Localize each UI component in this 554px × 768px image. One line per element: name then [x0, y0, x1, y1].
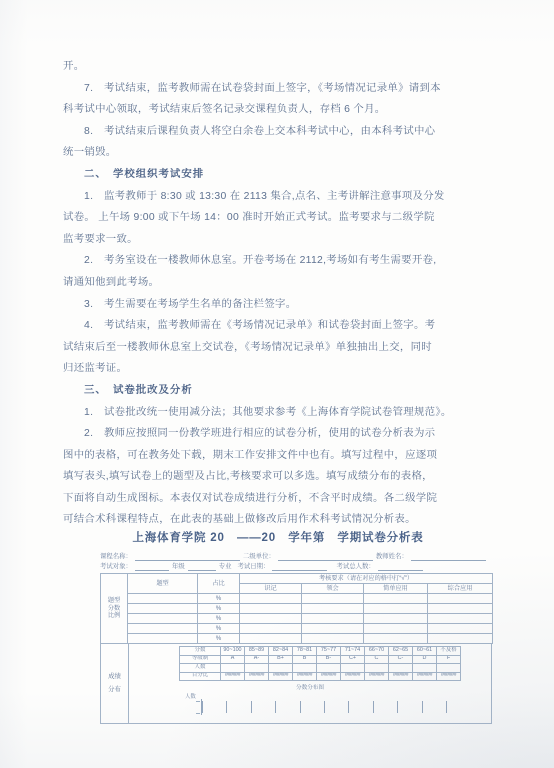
document-line: 试卷。 上午场 9:00 或下午场 14：00 准时开始正式考试。监考要求与二级… [63, 207, 495, 229]
score-distribution-table: 分数90~10085~8982~8478~8175~7771~7466~7062… [179, 646, 461, 681]
ratio-cell: % [198, 634, 240, 644]
empty-cell [428, 614, 493, 624]
score-cell: 82~84 [269, 647, 293, 656]
score-cell: D [413, 655, 437, 664]
question-type-table: 题型 分数 比例 题型 占比 考核要求（请在对应的格中打“√”） 识记 领会 简… [100, 573, 493, 644]
empty-cell [428, 634, 493, 644]
chart-title: 分数分布图 [129, 684, 491, 692]
score-cell: ###### [437, 672, 461, 681]
chart-tick [226, 701, 227, 713]
document-line: 2. 考务室设在一楼教师休息室。开卷考场在 2112,考场如有考生需要开卷, [63, 250, 495, 272]
score-cell: ###### [293, 672, 317, 681]
ratio-cell: % [198, 614, 240, 624]
score-cell: 78~81 [293, 647, 317, 656]
score-cell: C+ [341, 655, 365, 664]
score-cell: C- [389, 655, 413, 664]
score-cell: B [293, 655, 317, 664]
ratio-cell: % [198, 604, 240, 614]
empty-cell [364, 624, 428, 634]
score-cell: ###### [245, 672, 269, 681]
question-type-row: % [101, 594, 493, 604]
empty-cell [302, 594, 364, 604]
form-blank-major [188, 563, 216, 571]
score-cell: C [365, 655, 389, 664]
score-cell: 66~70 [365, 647, 389, 656]
score-cell: 62~65 [389, 647, 413, 656]
exam-analysis-sheet: 上海体育学院 20 ——20 学年第 学期试卷分析表 课程名称： 二级单位： 教… [60, 531, 496, 724]
document-line: 7. 考试结束，监考教师需在试卷袋封面上签字，《考场情况记录单》请到本 [63, 78, 495, 100]
section-heading: 二、 学校组织考试安排 [63, 164, 495, 186]
score-cell: B+ [269, 655, 293, 664]
document-line: 1. 试卷批改统一使用减分法；其他要求参考《上海体育学院试卷管理规范》。 [63, 402, 495, 424]
document-line: 试结束后至一楼教师休息室上交试卷，《考场情况记录单》单独抽出上交，同时 [63, 337, 495, 359]
score-cell: B- [317, 655, 341, 664]
empty-cell [240, 604, 302, 614]
table-header-row-1: 题型 分数 比例 题型 占比 考核要求（请在对应的格中打“√”） [101, 574, 493, 584]
score-cell [293, 664, 317, 673]
score-cell [389, 664, 413, 673]
document-line: 科考试中心领取，考试结束后签名记录交课程负责人，存档 6 个月。 [63, 99, 495, 121]
score-distribution-chart: 分数分布图 人数 [129, 684, 491, 718]
question-type-row: % [101, 624, 493, 634]
document-line: 8. 考试结束后课程负责人将空白余卷上交本科考试中心，由本科考试中心 [63, 121, 495, 143]
form-blank-teacher [411, 553, 486, 561]
chart-tick [202, 701, 203, 713]
score-cell: ###### [341, 672, 365, 681]
col-header-ratio: 占比 [198, 574, 240, 594]
score-cell: ###### [221, 672, 245, 681]
form-blank-course [135, 553, 240, 561]
score-row-label: 等级制 [180, 655, 221, 664]
form-field-label-course: 课程名称： [100, 552, 132, 561]
score-cell: 不及格 [437, 647, 461, 656]
score-cell: ###### [269, 672, 293, 681]
score-cell [365, 664, 389, 673]
score-range-row: 分数90~10085~8982~8478~8175~7771~7466~7062… [180, 647, 461, 656]
document-line: 可结合术科课程特点，在此表的基础上做修改后用作术科考试情况分析表。 [63, 509, 495, 531]
score-cell [341, 664, 365, 673]
empty-cell [240, 614, 302, 624]
sheet-form: 课程名称： 二级单位： 教师姓名： 考试对象： 年级 专业 考试日期： 考试总人… [100, 551, 492, 571]
document-line: 归还监考证。 [63, 358, 495, 380]
empty-cell [240, 594, 302, 604]
col-header-question-type: 题型 [128, 574, 198, 594]
score-cell [437, 664, 461, 673]
empty-cell [240, 624, 302, 634]
sheet-title: 上海体育学院 20 ——20 学年第 学期试卷分析表 [60, 531, 496, 545]
col-header-simple-application: 简单应用 [364, 584, 428, 594]
chart-tick [275, 701, 276, 713]
score-cell [221, 664, 245, 673]
chart-tick [373, 701, 374, 713]
col-header-memorize: 识记 [240, 584, 302, 594]
document-line: 填写表头,填写试卷上的题型及占比,考核要求可以多选。填写成绩分布的表格， [63, 466, 495, 488]
score-cell: A [221, 655, 245, 664]
section-heading: 三、 试卷批改及分析 [63, 380, 495, 402]
score-cell: 71~74 [341, 647, 365, 656]
form-row-2: 考试对象： 年级 专业 考试日期： 考试总人数： [100, 561, 492, 571]
chart-y-axis-mark [196, 701, 200, 702]
empty-cell [240, 634, 302, 644]
empty-cell [428, 624, 493, 634]
question-type-row: % [101, 634, 493, 644]
empty-cell [128, 624, 198, 634]
chart-plot-area: 人数 [179, 692, 451, 718]
score-cell: 60~61 [413, 647, 437, 656]
table-corner-label: 题型 分数 比例 [101, 574, 128, 644]
chart-tick [446, 701, 447, 713]
form-row-1: 课程名称： 二级单位： 教师姓名： [100, 551, 492, 561]
document-line: 监考要求一致。 [63, 229, 495, 251]
grade-section-label: 成绩 分布 [101, 644, 129, 723]
chart-y-axis-mark [196, 713, 200, 714]
score-cell: ###### [413, 672, 437, 681]
score-cell [245, 664, 269, 673]
chart-tick [324, 701, 325, 713]
empty-cell [128, 634, 198, 644]
chart-tick [422, 701, 423, 713]
empty-cell [302, 624, 364, 634]
empty-cell [364, 614, 428, 624]
empty-cell [428, 604, 493, 614]
document-line: 4. 考试结束，监考教师需在《考场情况记录单》和试卷袋封面上签字。考 [63, 315, 495, 337]
document-line: 1. 监考教师于 8:30 或 13:30 在 2113 集合,点名、主考讲解注… [63, 186, 495, 208]
document-line: 3. 考生需要在考场学生名单的备注栏签字。 [63, 294, 495, 316]
empty-cell [128, 594, 198, 604]
grade-letter-row: 等级制AA-B+BB-C+CC-DF [180, 655, 461, 664]
form-blank-grade-year [135, 563, 169, 571]
document-line: 统一销毁。 [63, 142, 495, 164]
document-body: 开。7. 考试结束，监考教师需在试卷袋封面上签字，《考场情况记录单》请到本科考试… [63, 56, 495, 531]
form-field-label-year: 年级 [172, 562, 185, 571]
empty-cell [128, 604, 198, 614]
form-blank-total [378, 563, 423, 571]
form-blank-unit [278, 553, 373, 561]
chart-axis [202, 701, 447, 714]
document-line: 下面将自动生成图标。本表仅对试卷成绩进行分析，不含平时成绩。各二级学院 [63, 488, 495, 510]
count-row: 人数 [180, 664, 461, 673]
grade-distribution-section: 成绩 分布 分数90~10085~8982~8478~8175~7771~746… [100, 644, 492, 724]
grade-section-body: 分数90~10085~8982~8478~8175~7771~7466~7062… [129, 644, 491, 723]
empty-cell [128, 614, 198, 624]
score-cell: 90~100 [221, 647, 245, 656]
score-cell [317, 664, 341, 673]
document-line: 2. 教师应按照同一份教学班进行相应的试卷分析，使用的试卷分析表为示 [63, 423, 495, 445]
empty-cell [302, 604, 364, 614]
score-row-label: 分数 [180, 647, 221, 656]
question-type-row: % [101, 614, 493, 624]
question-type-row: % [101, 604, 493, 614]
score-cell: ###### [389, 672, 413, 681]
score-cell: 85~89 [245, 647, 269, 656]
form-field-label-examinee: 考试对象： [100, 562, 132, 571]
score-row-label: 人数 [180, 664, 221, 673]
chart-y-axis-label: 人数 [185, 692, 196, 700]
score-cell: A- [245, 655, 269, 664]
document-line: 图中的表格，可在教务处下载，期末工作安排文件中也有。填写过程中，应逐项 [63, 445, 495, 467]
form-field-label-unit: 二级单位： [243, 552, 275, 561]
empty-cell [428, 594, 493, 604]
col-header-requirements: 考核要求（请在对应的格中打“√”） [240, 574, 493, 584]
document-line: 开。 [63, 56, 495, 78]
ratio-cell: % [198, 624, 240, 634]
chart-tick [300, 701, 301, 713]
form-field-label-date: 考试日期： [238, 562, 270, 571]
score-cell [269, 664, 293, 673]
empty-cell [364, 634, 428, 644]
form-field-label-teacher: 教师姓名： [376, 552, 408, 561]
form-field-label-total: 考试总人数： [336, 562, 374, 571]
document-line: 请通知他到此考场。 [63, 272, 495, 294]
form-field-label-major: 专业 [219, 562, 232, 571]
score-cell [413, 664, 437, 673]
empty-cell [364, 604, 428, 614]
chart-tick [397, 701, 398, 713]
empty-cell [364, 594, 428, 604]
percentage-row: 百分比#####################################… [180, 672, 461, 681]
chart-tick [348, 701, 349, 713]
score-cell: ###### [317, 672, 341, 681]
form-blank-date [272, 563, 327, 571]
score-cell: 75~77 [317, 647, 341, 656]
score-row-label: 百分比 [180, 672, 221, 681]
col-header-comprehend: 领会 [302, 584, 364, 594]
chart-tick [251, 701, 252, 713]
score-cell: F [437, 655, 461, 664]
score-cell: ###### [365, 672, 389, 681]
col-header-comprehensive-application: 综合应用 [428, 584, 493, 594]
scanned-document-page: 开。7. 考试结束，监考教师需在试卷袋封面上签字，《考场情况记录单》请到本科考试… [0, 0, 554, 768]
empty-cell [302, 614, 364, 624]
ratio-cell: % [198, 594, 240, 604]
empty-cell [302, 634, 364, 644]
